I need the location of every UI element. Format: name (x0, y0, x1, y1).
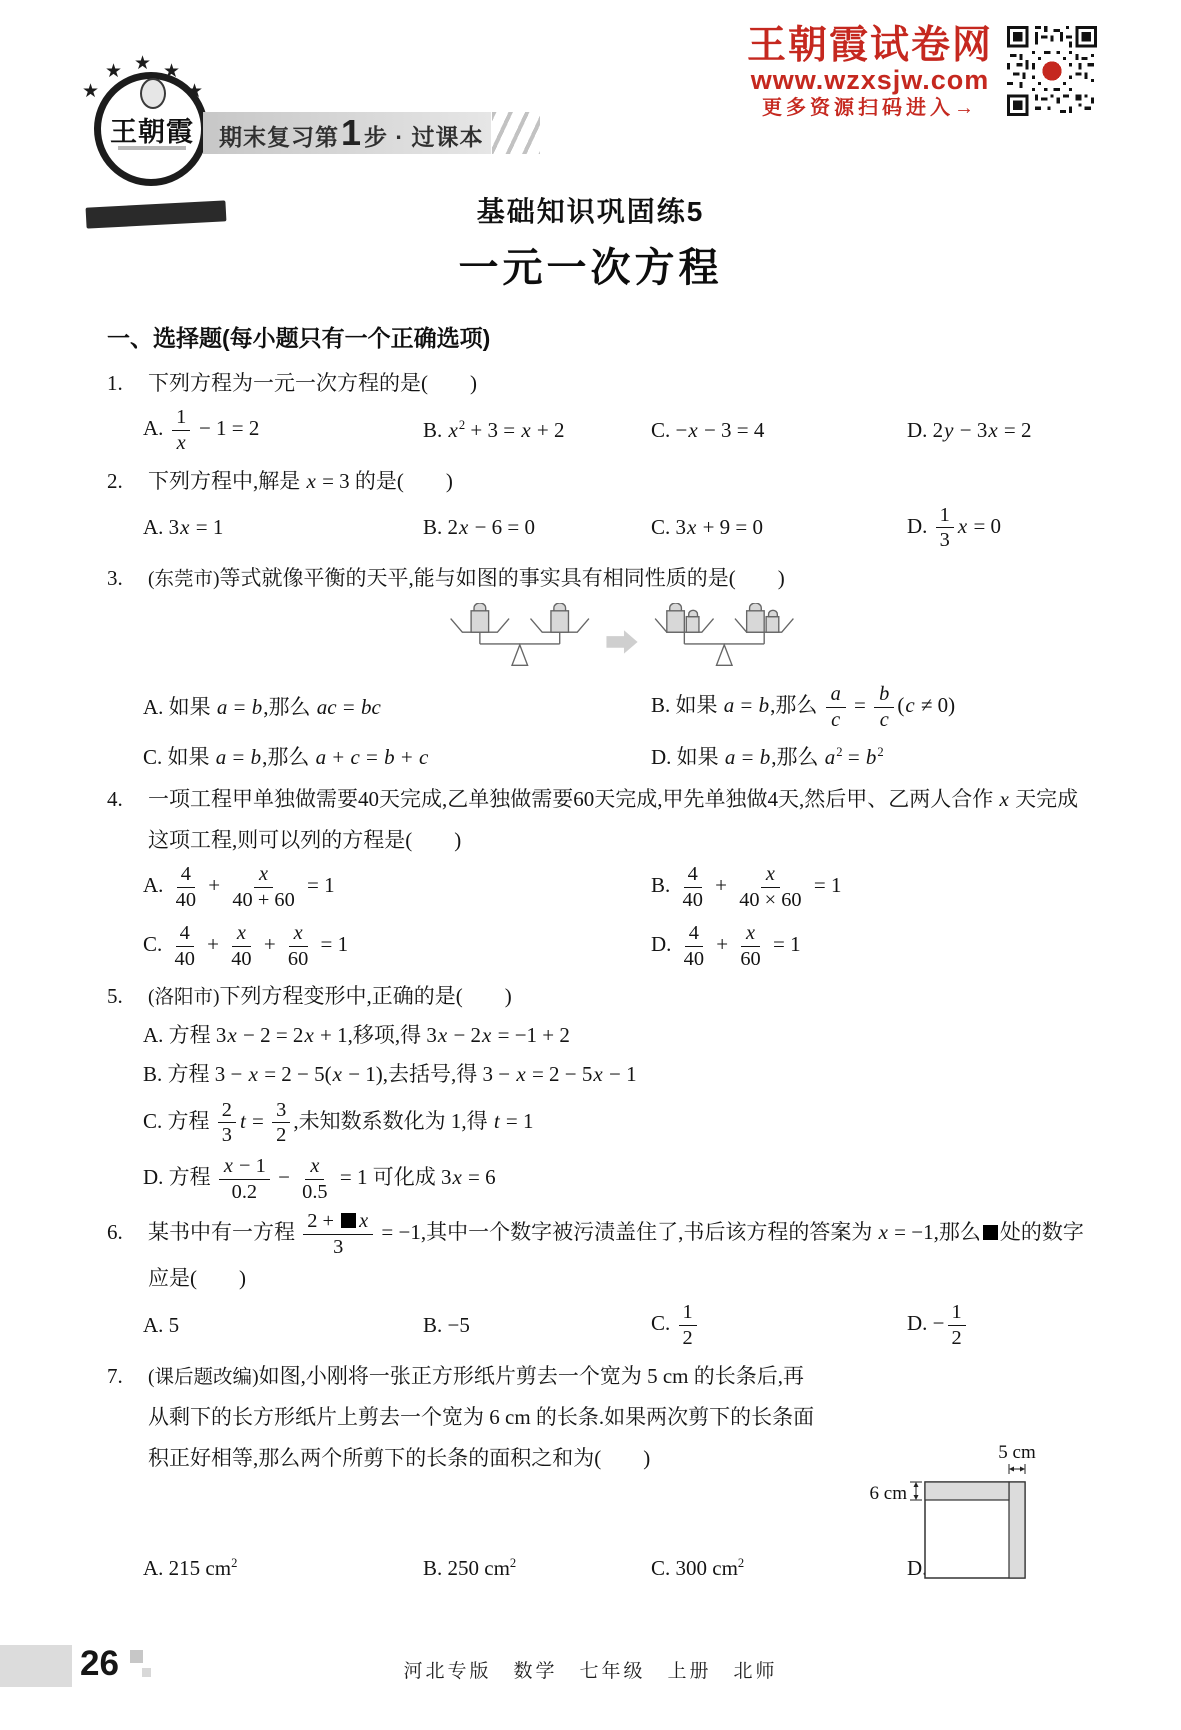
question-number: 4. (107, 779, 148, 820)
option-a: A. 如果 a = b,那么 ac = bc (143, 692, 651, 724)
qr-code (1007, 26, 1097, 116)
option-c: C. 方程 23t = 32,未知数系数化为 1,得 t = 1 (143, 1099, 1087, 1148)
badge-slogan-line (118, 146, 186, 150)
question-1: 1.下列方程为一元一次方程的是( ) A. 1x − 1 = 2 B. x2 +… (107, 363, 1087, 455)
question-number: 6. (107, 1212, 148, 1253)
question-number: 3. (107, 558, 148, 599)
site-brand: 王朝霞试卷网 (747, 26, 993, 65)
option-d: D. 13x = 0 (907, 504, 1087, 553)
banner-prefix: 期末复习第 (219, 124, 339, 150)
question-4: 4.一项工程甲单独做需要40天完成,乙单独做需要60天完成,甲先单独做4天,然后… (107, 779, 1087, 970)
option-b: B. 2x − 6 = 0 (423, 512, 651, 544)
options-grid: A. 如果 a = b,那么 ac = bc B. 如果 a = b,那么 ac… (107, 683, 1087, 773)
option-c: C. 440 + x40 + x60 = 1 (143, 922, 651, 971)
option-d: D. −12 (907, 1301, 1087, 1350)
option-b: B. 250 cm2 (423, 1553, 651, 1585)
option-d: D. 方程 x − 10.2 − x0.5 = 1 可化成 3x = 6 (143, 1155, 1087, 1204)
site-url: www.wzxsjw.com (747, 65, 993, 96)
option-b: B. 方程 3 − x = 2 − 5(x − 1),去括号,得 3 − x =… (143, 1059, 1087, 1091)
option-b: B. x2 + 3 = x + 2 (423, 415, 651, 447)
footer-edition-text: 河北专版 数学 七年级 上册 北师 (0, 1656, 1181, 1683)
badge-name: 王朝霞 (106, 110, 198, 149)
options-row: A. 3x = 1 B. 2x − 6 = 0 C. 3x + 9 = 0 D.… (107, 504, 1087, 553)
option-a: A. 3x = 1 (143, 512, 423, 544)
question-number: 5. (107, 976, 148, 1017)
option-b: B. −5 (423, 1310, 651, 1342)
option-b: B. 如果 a = b,那么 ac = bc(c ≠ 0) (651, 683, 1087, 732)
option-a: A. 5 (143, 1310, 423, 1342)
worksheet-page: ★ ★ ★ ★ ★ 王朝霞 期末复习第1步 · 过课本 王朝霞试卷网 www.w… (0, 0, 1181, 1730)
star-icon: ★ (105, 62, 122, 81)
question-stem: (课后题改编)如图,小刚将一张正方形纸片剪去一个宽为 5 cm 的长条后,再从剩… (148, 1364, 814, 1470)
options-row: A. 1x − 1 = 2 B. x2 + 3 = x + 2 C. −x − … (107, 406, 1087, 455)
site-tagline: 更多资源扫码进入→ (747, 96, 993, 121)
question-stem: 下列方程中,解是 x = 3 的是( ) (148, 469, 453, 493)
star-icon: ★ (82, 82, 99, 101)
question-stem: 某书中有一方程 2 + x3 = −1,其中一个数字被污渍盖住了,书后该方程的答… (148, 1220, 1084, 1291)
option-d: D. 2y − 3x = 2 (907, 415, 1087, 447)
option-a: A. 440 + x40 + 60 = 1 (143, 863, 651, 912)
option-c: C. 如果 a = b,那么 a + c = b + c (143, 742, 651, 774)
worksheet-title: 一元一次方程 (0, 236, 1181, 293)
worksheet-body: 一、选择题(每小题只有一个正确选项) 1.下列方程为一元一次方程的是( ) A.… (107, 320, 1087, 1590)
question-3: 3.(东莞市)等式就像平衡的天平,能与如图的事实具有相同性质的是( ) (107, 558, 1087, 773)
banner-suffix: 步 · 过课本 (364, 124, 483, 150)
option-c: C. 3x + 9 = 0 (651, 512, 907, 544)
options-row: A. 5 B. −5 C. 12 D. −12 (107, 1301, 1087, 1350)
section-heading: 一、选择题(每小题只有一个正确选项) (107, 320, 1087, 353)
options-grid: A. 440 + x40 + 60 = 1 B. 440 + x40 × 60 … (107, 863, 1087, 970)
balance-scales-figure (433, 603, 813, 677)
option-d: D. 440 + x60 = 1 (651, 922, 1087, 971)
question-number: 2. (107, 461, 148, 502)
options-stack: A. 方程 3x − 2 = 2x + 1,移项,得 3x − 2x = −1 … (107, 1020, 1087, 1204)
figure-width-label: 5 cm (998, 1442, 1036, 1463)
question-2: 2.下列方程中,解是 x = 3 的是( ) A. 3x = 1 B. 2x −… (107, 461, 1087, 553)
question-stem: 一项工程甲单独做需要40天完成,乙单独做需要60天完成,甲先单独做4天,然后甲、… (148, 787, 1078, 852)
star-icon: ★ (134, 54, 151, 73)
question-6: 6.某书中有一方程 2 + x3 = −1,其中一个数字被污渍盖住了,书后该方程… (107, 1210, 1087, 1350)
option-c: C. 12 (651, 1301, 907, 1350)
option-a: A. 1x − 1 = 2 (143, 406, 423, 455)
option-b: B. 440 + x40 × 60 = 1 (651, 863, 1087, 912)
option-d: D. 如果 a = b,那么 a2 = b2 (651, 742, 1087, 774)
option-a: A. 方程 3x − 2 = 2x + 1,移项,得 3x − 2x = −1 … (143, 1020, 1087, 1052)
worksheet-kicker: 基础知识巩固练5 (0, 190, 1181, 230)
question-stem: (东莞市)等式就像平衡的天平,能与如图的事实具有相同性质的是( ) (148, 566, 785, 590)
square-paper-figure: 5 cm 6 cm (847, 1440, 1087, 1590)
question-5: 5.(洛阳市)下列方程变形中,正确的是( ) A. 方程 3x − 2 = 2x… (107, 976, 1087, 1203)
option-c: C. −x − 3 = 4 (651, 415, 907, 447)
site-header: 王朝霞试卷网 www.wzxsjw.com 更多资源扫码进入→ (747, 26, 1097, 121)
figure-height-label: 6 cm (870, 1483, 908, 1504)
question-number: 1. (107, 363, 148, 404)
option-a: A. 215 cm2 (143, 1553, 423, 1585)
question-stem: (洛阳市)下列方程变形中,正确的是( ) (148, 984, 512, 1008)
banner-step-number: 1 (339, 112, 364, 153)
question-7: 7.(课后题改编)如图,小刚将一张正方形纸片剪去一个宽为 5 cm 的长条后,再… (107, 1356, 1087, 1584)
portrait-icon (140, 78, 166, 109)
question-stem: 下列方程为一元一次方程的是( ) (148, 371, 477, 395)
banner-hatch-decoration (492, 112, 540, 154)
masthead-banner: 期末复习第1步 · 过课本 (203, 112, 491, 154)
question-number: 7. (107, 1356, 148, 1397)
